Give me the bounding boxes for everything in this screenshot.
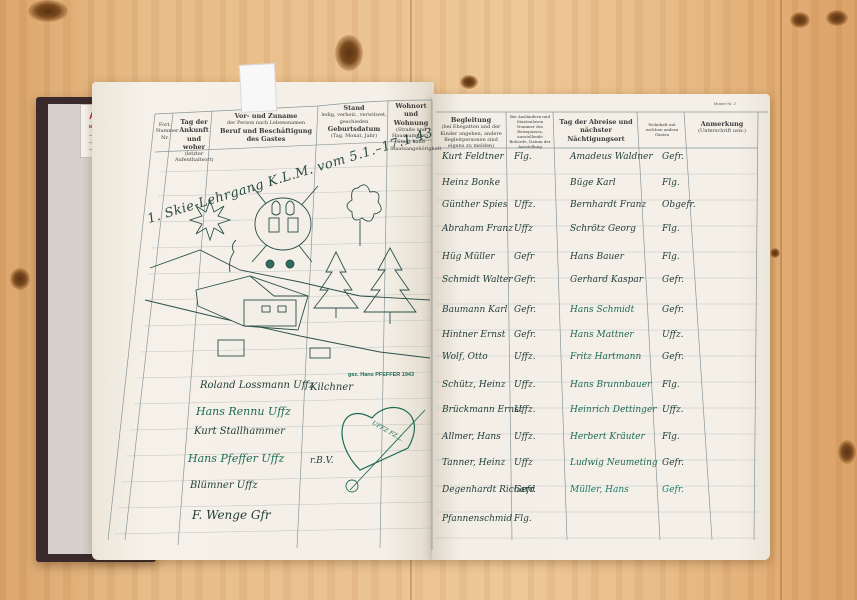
guest-rank: Gefr.: [514, 485, 536, 495]
guest-name: Günther Spies: [442, 200, 507, 210]
guest-rank: Gefr.: [514, 275, 536, 285]
guest-name-2: Hans Brunnbauer: [570, 380, 651, 390]
guest-rank-2: Uffz.: [662, 330, 684, 340]
guest-name: Brückmann Ernst: [442, 405, 522, 415]
guest-rank: Uffz: [514, 224, 533, 234]
guest-rank: Flg.: [514, 514, 532, 524]
guest-rank-2: Gefr.: [662, 152, 684, 162]
guest-name-2: Büge Karl: [570, 178, 616, 188]
artist-credit: gez. Hans PFEFFER 1943: [348, 372, 414, 378]
guest-name-2: Hans Schmidt: [570, 305, 634, 315]
guest-rank: Flg.: [514, 152, 532, 162]
guest-name-2: Ludwig Neumeting: [570, 458, 658, 468]
guest-rank: Uffz.: [514, 200, 536, 210]
guest-name: Hintner Ernst: [442, 330, 505, 340]
guest-name-2: Hans Bauer: [570, 252, 624, 262]
guest-rank-2: Uffz.: [662, 405, 684, 415]
guest-rank: Gefr: [514, 252, 534, 262]
guest-name: Allmer, Hans: [442, 432, 501, 442]
guest-rank-2: Gefr.: [662, 352, 684, 362]
guest-name: Kurt Feldtner: [442, 152, 504, 162]
signature: Hans Rennu Uffz: [196, 405, 291, 418]
guest-rank-2: Gefr.: [662, 485, 684, 495]
guest-rank-2: Flg.: [662, 380, 680, 390]
guest-name-2: Herbert Kräuter: [570, 432, 645, 442]
guest-name-2: Fritz Hartmann: [570, 352, 641, 362]
guest-name: Heinz Bonke: [442, 178, 500, 188]
guest-rank-2: Flg.: [662, 178, 680, 188]
signature: Blümner Uffz: [190, 480, 258, 491]
guest-rank: Gefr.: [514, 330, 536, 340]
guest-name: Schütz, Heinz: [442, 380, 505, 390]
guest-name: Pfannenschmid: [442, 514, 512, 524]
guest-name: Schmidt Walter: [442, 275, 513, 285]
guest-rank: Uffz.: [514, 432, 536, 442]
guest-rank: Uffz.: [514, 352, 536, 362]
guest-rank: Gefr.: [514, 305, 536, 315]
guest-rank: Uffz.: [514, 380, 536, 390]
guest-name-2: Bernhardt Franz: [570, 200, 646, 210]
guest-name: Tanner, Heinz: [442, 458, 505, 468]
guest-name: Wolf, Otto: [442, 352, 488, 362]
guest-name-2: Schrötz Georg: [570, 224, 636, 234]
signature-place: r.B.V.: [310, 456, 333, 466]
guest-rank-2: Flg.: [662, 432, 680, 442]
guest-name: Hüg Müller: [442, 252, 495, 262]
guest-name-2: Gerhard Kaspar: [570, 275, 643, 285]
signature-place: Kilchner: [310, 382, 353, 393]
guest-rank-2: Gefr.: [662, 305, 684, 315]
guest-name-2: Heinrich Dettinger: [570, 405, 657, 415]
guest-rank-2: Flg.: [662, 252, 680, 262]
signature: Hans Pfeffer Uffz: [188, 452, 284, 465]
signature: Roland Lossmann Uffz: [200, 380, 314, 391]
guest-rank: Uffz: [514, 458, 533, 468]
guest-name-2: Müller, Hans: [570, 485, 629, 495]
guest-rank-2: Gefr.: [662, 458, 684, 468]
guest-name: Abraham Franz: [442, 224, 513, 234]
guest-rank-2: Flg.: [662, 224, 680, 234]
guest-rank-2: Gefr.: [662, 275, 684, 285]
guest-name-2: Hans Mattner: [570, 330, 634, 340]
signature: F. Wenge Gfr: [192, 508, 271, 522]
signature: Kurt Stallhammer: [194, 426, 285, 437]
guest-name: Baumann Karl: [442, 305, 507, 315]
mountain-cabin-drawing: [0, 0, 857, 600]
guest-rank-2: Obgefr.: [662, 200, 696, 210]
guest-rank: Uffz.: [514, 405, 536, 415]
guest-name-2: Amadeus Waldner: [570, 152, 653, 162]
